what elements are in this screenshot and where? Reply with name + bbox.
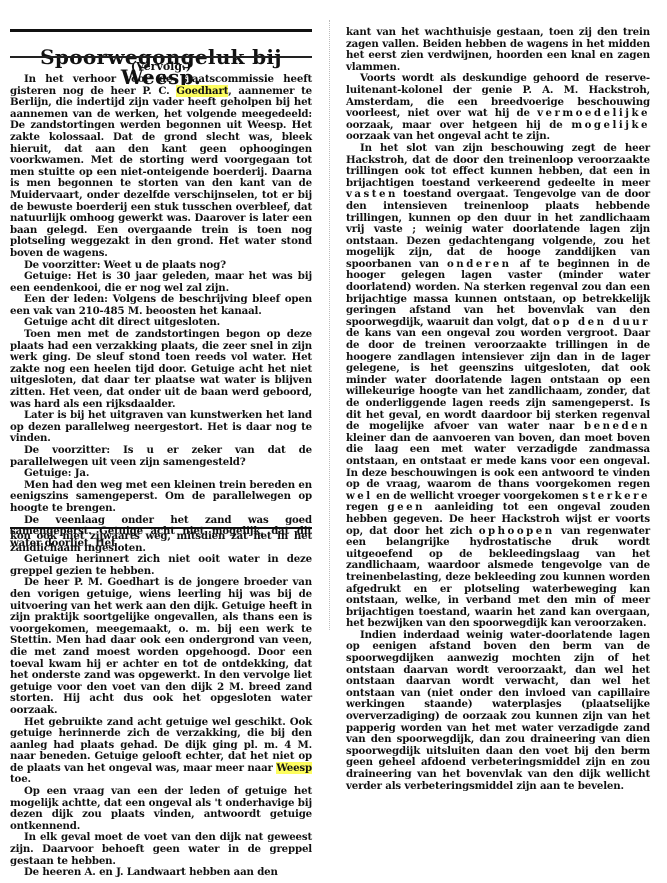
paragraph-text: De heeren A. en J. Landwaart hebben aan … bbox=[24, 866, 278, 878]
paragraph-text: kon ook niet zijwaarts weg, mitsdien zat… bbox=[10, 530, 312, 554]
paragraph-text: en de wellicht vroeger voorgekomen bbox=[373, 490, 583, 502]
article-paragraph: Later is bij het uitgraven van kunstwerk… bbox=[10, 410, 312, 445]
right-column: kant van het wachthuisje gestaan, toen z… bbox=[346, 27, 650, 792]
spaced-emphasis: beneden bbox=[584, 420, 650, 432]
paragraph-text: Later is bij het uitgraven van kunstwerk… bbox=[10, 409, 312, 444]
paragraph-text: De voorzitter: Is u er zeker van dat de … bbox=[10, 444, 312, 468]
article-paragraph: Het gebruikte zand acht getuige wel gesc… bbox=[10, 717, 312, 787]
paragraph-text: Toen men met de zandstortingen begon op … bbox=[10, 328, 312, 410]
article-paragraph: Toen men met de zandstortingen begon op … bbox=[10, 329, 312, 410]
paragraph-text: , aannemer te Berlijn, die indertijd zij… bbox=[10, 85, 312, 259]
article-paragraph: De heer P. M. Goedhart is de jongere bro… bbox=[10, 577, 312, 716]
spaced-emphasis: geen bbox=[388, 501, 426, 513]
article-paragraph: Men had den weg met een kleinen trein be… bbox=[10, 480, 312, 515]
paragraph-text: Getuige: Het is 30 jaar geleden, maar he… bbox=[10, 270, 312, 294]
left-column-top: In het verhoor voor de staatscommissie h… bbox=[10, 74, 312, 549]
paragraph-text: de kans van een ongeval zou worden vergr… bbox=[346, 327, 650, 432]
paragraph-text: Getuige: Ja. bbox=[24, 467, 89, 479]
article-paragraph: De heeren A. en J. Landwaart hebben aan … bbox=[10, 867, 312, 879]
article-paragraph: In het verhoor voor de staatscommissie h… bbox=[10, 74, 312, 260]
spaced-emphasis: mogelijke bbox=[571, 119, 650, 131]
article-paragraph: Een der leden: Volgens de beschrijving b… bbox=[10, 294, 312, 317]
spaced-emphasis: onderen bbox=[447, 258, 512, 270]
spaced-emphasis: op den duur bbox=[553, 316, 650, 328]
spaced-emphasis: vermoedelijke bbox=[537, 107, 650, 119]
spaced-emphasis: sterkere bbox=[582, 490, 650, 502]
subheadline: (Vervolg.) bbox=[10, 60, 312, 73]
article-paragraph: Voorts wordt als deskundige gehoord de r… bbox=[346, 73, 650, 143]
paragraph-text: toe. bbox=[10, 773, 31, 785]
paragraph-text: Getuige acht dit direct uitgesloten. bbox=[24, 316, 220, 328]
paragraph-text: regen bbox=[346, 501, 388, 513]
section-separator-rule bbox=[10, 527, 312, 529]
article-paragraph: Indien inderdaad weinig water-doorlatend… bbox=[346, 630, 650, 792]
article-paragraph: kon ook niet zijwaarts weg, mitsdien zat… bbox=[10, 531, 312, 554]
spaced-emphasis: vasten bbox=[346, 188, 398, 200]
paragraph-text: oorzaak van het ongeval acht te zijn. bbox=[346, 130, 550, 142]
paragraph-text: Men had den weg met een kleinen trein be… bbox=[10, 479, 312, 514]
headline-top-rule bbox=[10, 29, 312, 32]
paragraph-text: Op een vraag van een der leden of getuig… bbox=[10, 785, 312, 832]
paragraph-text: In elk geval moet de voet van den dijk n… bbox=[10, 831, 312, 866]
article-paragraph: Getuige herinnert zich niet ooit water i… bbox=[10, 554, 312, 577]
spaced-emphasis: wel bbox=[346, 490, 373, 502]
paragraph-text: Indien inderdaad weinig water-doorlatend… bbox=[346, 629, 650, 792]
paragraph-text: oorzaak, maar over hetgeen hij de bbox=[346, 119, 571, 131]
spaced-emphasis: ophoopen bbox=[479, 525, 555, 537]
paragraph-text: kleiner dan de aanvoeren van boven, dan … bbox=[346, 432, 650, 490]
article-paragraph: Getuige: Het is 30 jaar geleden, maar he… bbox=[10, 271, 312, 294]
headline-bottom-rule bbox=[10, 56, 312, 58]
article-paragraph: Op een vraag van een der leden of getuig… bbox=[10, 786, 312, 832]
left-column-bottom: kon ook niet zijwaarts weg, mitsdien zat… bbox=[10, 531, 312, 879]
search-highlight: Weesp bbox=[276, 762, 312, 774]
article-paragraph: De voorzitter: Is u er zeker van dat de … bbox=[10, 445, 312, 468]
search-highlight: Goedhart bbox=[176, 85, 228, 97]
paragraph-text: kant van het wachthuisje gestaan, toen z… bbox=[346, 26, 650, 73]
paragraph-text: In het slot van zijn beschouwing zegt de… bbox=[346, 142, 650, 189]
paragraph-text: De voorzitter: Weet u de plaats nog? bbox=[24, 259, 226, 271]
paragraph-text: van regenwater een belangrijke hydrostat… bbox=[346, 525, 650, 630]
article-paragraph: kant van het wachthuisje gestaan, toen z… bbox=[346, 27, 650, 73]
paragraph-text: De heer P. M. Goedhart is de jongere bro… bbox=[10, 576, 312, 716]
paragraph-text: Het gebruikte zand acht getuige wel gesc… bbox=[10, 716, 312, 774]
article-paragraph: In elk geval moet de voet van den dijk n… bbox=[10, 832, 312, 867]
paragraph-text: Getuige herinnert zich niet ooit water i… bbox=[10, 553, 312, 577]
article-paragraph: In het slot van zijn beschouwing zegt de… bbox=[346, 143, 650, 630]
paragraph-text: Een der leden: Volgens de beschrijving b… bbox=[10, 293, 312, 317]
column-divider bbox=[329, 20, 330, 630]
